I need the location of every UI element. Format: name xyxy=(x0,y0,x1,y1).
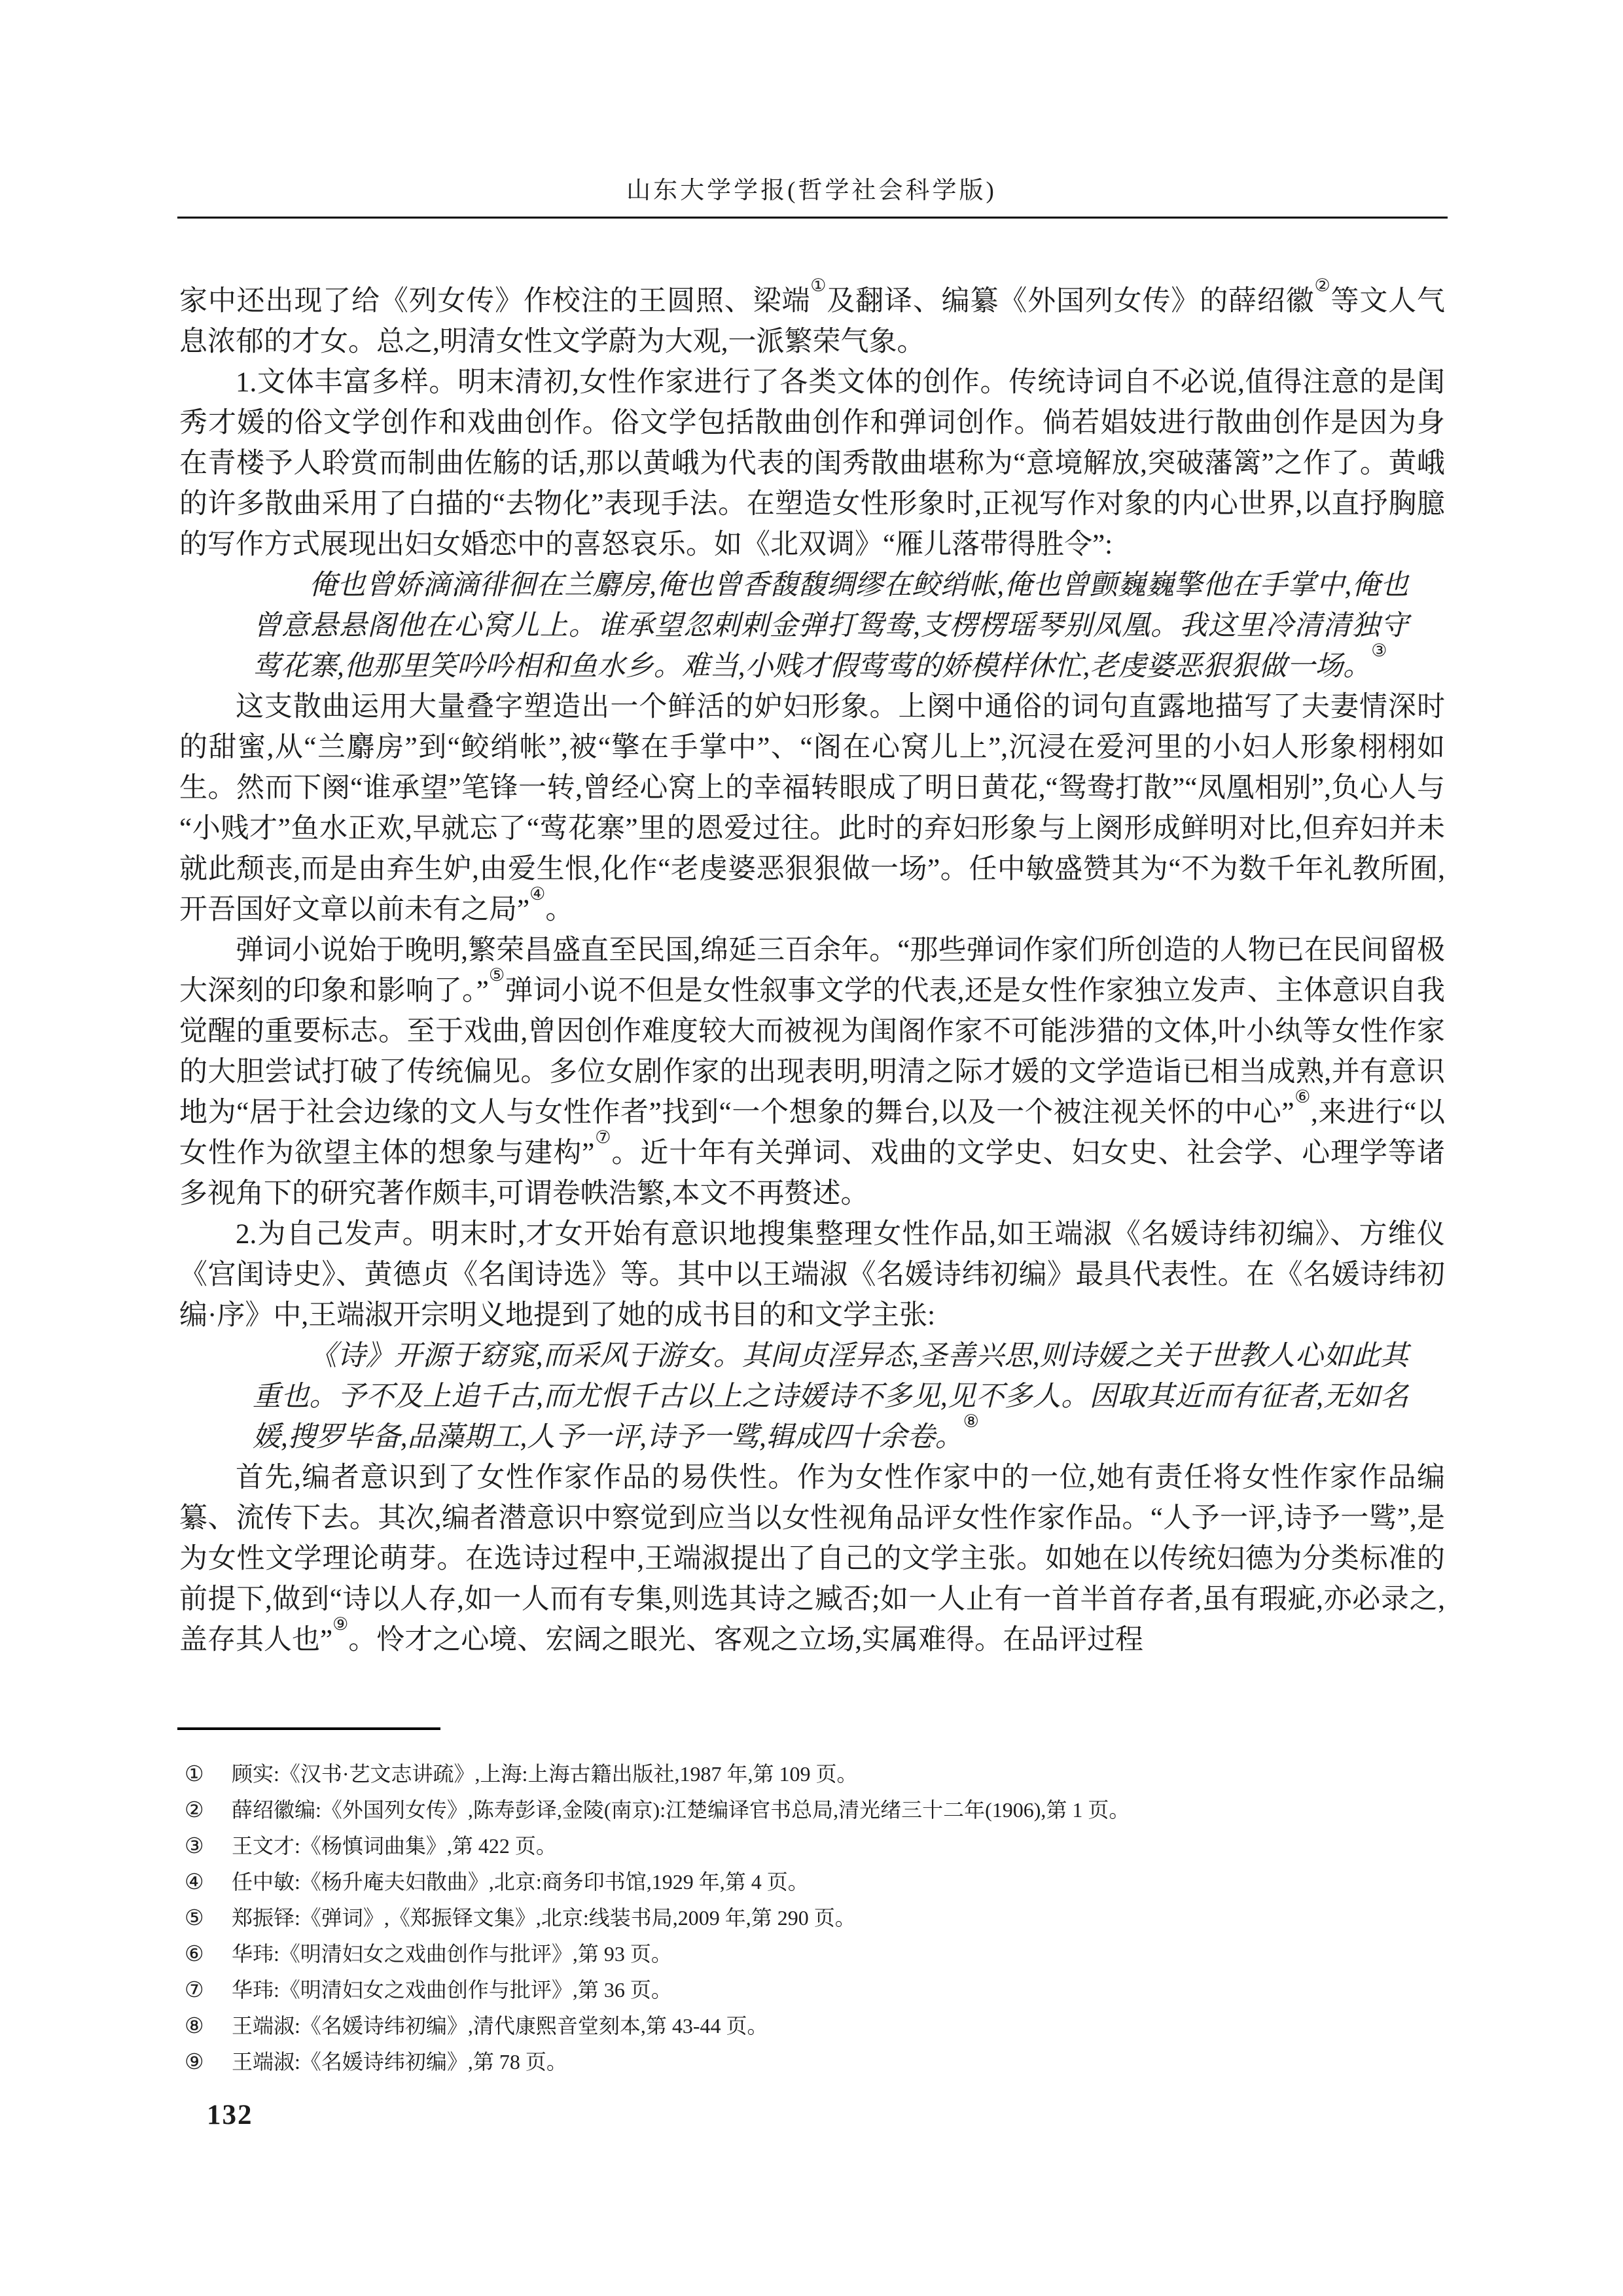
footnote-item: ③ 王文才:《杨慎词曲集》,第 422 页。 xyxy=(185,1828,1448,1864)
footnote-number: ⑥ xyxy=(185,1937,232,1972)
footnote-text: 王文才:《杨慎词曲集》,第 422 页。 xyxy=(232,1828,1448,1864)
footnote-number: ⑨ xyxy=(185,2045,232,2080)
footnote-text: 华玮:《明清妇女之戏曲创作与批评》,第 36 页。 xyxy=(232,1972,1448,2008)
footnote-text: 顾实:《汉书·艺文志讲疏》,上海:上海古籍出版社,1987 年,第 109 页。 xyxy=(232,1756,1448,1792)
footnote-ref: ① xyxy=(810,275,827,295)
footnote-item: ⑤ 郑振铎:《弹词》,《郑振铎文集》,北京:线装书局,2009 年,第 290 … xyxy=(185,1900,1448,1936)
footnote-ref: ⑥ xyxy=(1294,1087,1311,1106)
footnote-text: 王端淑:《名媛诗纬初编》,清代康熙音堂刻本,第 43-44 页。 xyxy=(232,2008,1448,2044)
footnote-text: 薛绍徽编:《外国列女传》,陈寿彭译,金陵(南京):江楚编译官书总局,清光绪三十二… xyxy=(232,1792,1448,1828)
paragraph: 家中还出现了给《列女传》作校注的王圆照、梁端①及翻译、编纂《外国列女传》的薛绍徽… xyxy=(179,281,1445,362)
journal-title: 山东大学学报(哲学社会科学版) xyxy=(0,170,1623,205)
footnote-text: 郑振铎:《弹词》,《郑振铎文集》,北京:线装书局,2009 年,第 290 页。 xyxy=(232,1900,1448,1936)
footnote-number: ② xyxy=(185,1793,232,1828)
page-number: 132 xyxy=(207,2099,253,2131)
footnote-item: ⑥ 华玮:《明清妇女之戏曲创作与批评》,第 93 页。 xyxy=(185,1936,1448,1972)
footnote-ref: ⑧ xyxy=(963,1411,979,1431)
footnote-number: ① xyxy=(185,1757,232,1792)
block-quote: 《诗》开源于窈窕,而采风于游女。其间贞淫异态,圣善兴思,则诗媛之关于世教人心如此… xyxy=(253,1336,1408,1458)
paragraph: 2.为自己发声。明末时,才女开始有意识地搜集整理女性作品,如王端淑《名媛诗纬初编… xyxy=(179,1214,1445,1336)
footnote-text: 王端淑:《名媛诗纬初编》,第 78 页。 xyxy=(232,2044,1448,2080)
footnote-ref: ⑨ xyxy=(332,1614,348,1634)
paragraph: 1.文体丰富多样。明末清初,女性作家进行了各类文体的创作。传统诗词自不必说,值得… xyxy=(179,362,1445,565)
footnote-ref: ④ xyxy=(529,884,545,904)
footnote-item: ⑨ 王端淑:《名媛诗纬初编》,第 78 页。 xyxy=(185,2044,1448,2080)
paragraph: 这支散曲运用大量叠字塑造出一个鲜活的妒妇形象。上阕中通俗的词句直露地描写了夫妻情… xyxy=(179,687,1445,930)
journal-page: 山东大学学报(哲学社会科学版) 家中还出现了给《列女传》作校注的王圆照、梁端①及… xyxy=(0,0,1623,2296)
footnote-item: ④ 任中敏:《杨升庵夫妇散曲》,北京:商务印书馆,1929 年,第 4 页。 xyxy=(185,1864,1448,1900)
footnote-item: ⑦ 华玮:《明清妇女之戏曲创作与批评》,第 36 页。 xyxy=(185,1972,1448,2008)
footnote-number: ⑦ xyxy=(185,1973,232,2008)
header-rule xyxy=(177,217,1448,219)
paragraph: 弹词小说始于晚明,繁荣昌盛直至民国,绵延三百余年。“那些弹词作家们所创造的人物已… xyxy=(179,930,1445,1214)
footnote-item: ② 薛绍徽编:《外国列女传》,陈寿彭译,金陵(南京):江楚编译官书总局,清光绪三… xyxy=(185,1792,1448,1828)
footnote-number: ④ xyxy=(185,1865,232,1900)
footnote-separator xyxy=(177,1727,440,1730)
footnote-ref: ⑦ xyxy=(594,1127,611,1147)
footnote-item: ⑧ 王端淑:《名媛诗纬初编》,清代康熙音堂刻本,第 43-44 页。 xyxy=(185,2008,1448,2044)
footnote-ref: ⑤ xyxy=(489,965,505,985)
footnote-item: ① 顾实:《汉书·艺文志讲疏》,上海:上海古籍出版社,1987 年,第 109 … xyxy=(185,1756,1448,1792)
paragraph: 首先,编者意识到了女性作家作品的易佚性。作为女性作家中的一位,她有责任将女性作家… xyxy=(179,1458,1445,1661)
footnote-text: 任中敏:《杨升庵夫妇散曲》,北京:商务印书馆,1929 年,第 4 页。 xyxy=(232,1864,1448,1900)
footnote-text: 华玮:《明清妇女之戏曲创作与批评》,第 93 页。 xyxy=(232,1936,1448,1972)
article-body: 家中还出现了给《列女传》作校注的王圆照、梁端①及翻译、编纂《外国列女传》的薛绍徽… xyxy=(179,281,1445,1661)
footnote-number: ⑤ xyxy=(185,1901,232,1936)
footnote-list: ① 顾实:《汉书·艺文志讲疏》,上海:上海古籍出版社,1987 年,第 109 … xyxy=(185,1756,1448,2080)
footnote-number: ⑧ xyxy=(185,2009,232,2044)
footnote-ref: ③ xyxy=(1371,641,1387,660)
footnote-number: ③ xyxy=(185,1829,232,1864)
footnote-ref: ② xyxy=(1314,275,1330,295)
block-quote: 俺也曾娇滴滴徘徊在兰麝房,俺也曾香馥馥绸缪在鲛绡帐,俺也曾颤巍巍擎他在手掌中,俺… xyxy=(253,565,1408,687)
